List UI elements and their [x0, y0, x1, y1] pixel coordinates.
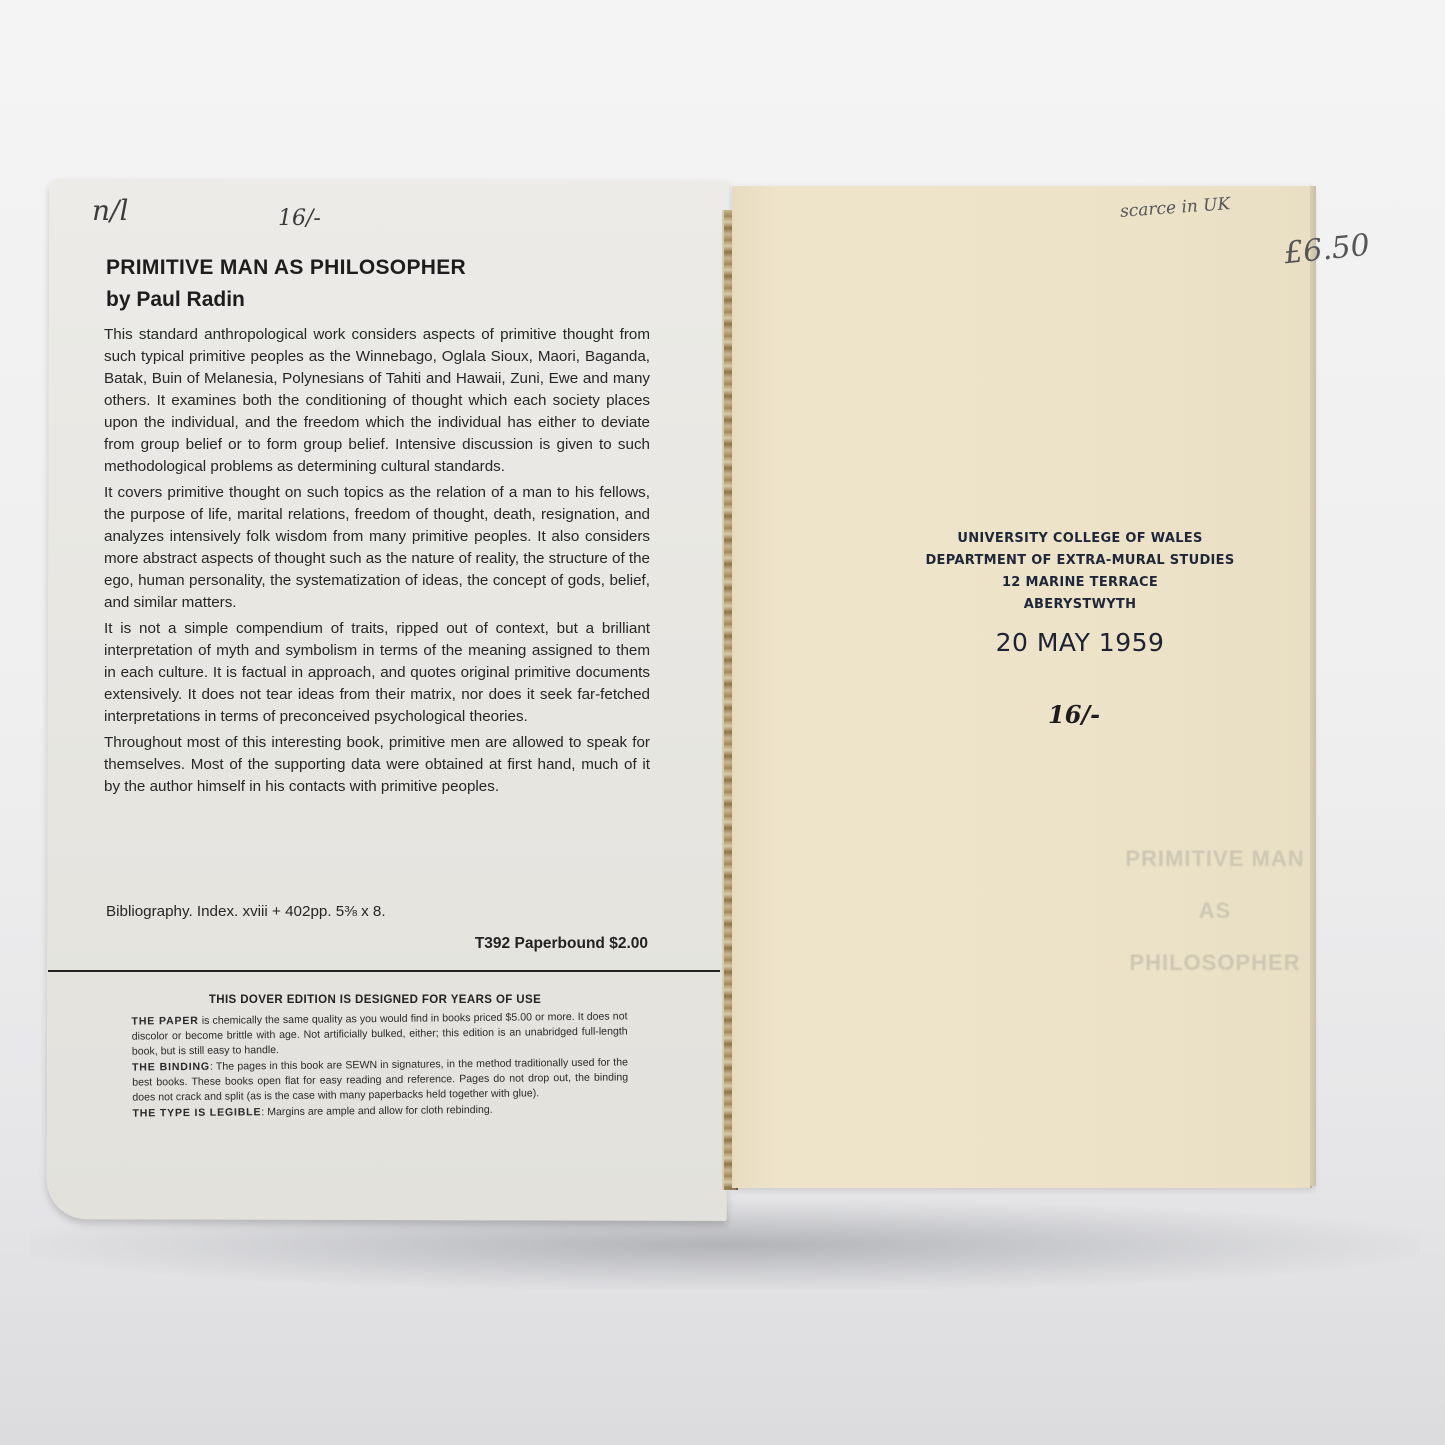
blurb-paragraph: Throughout most of this interesting book…	[104, 732, 650, 798]
dover-item-paper: THE PAPER is chemically the same quality…	[131, 1009, 627, 1059]
show-through-line: PHILOSOPHER	[1070, 937, 1360, 989]
dover-label: THE PAPER	[131, 1015, 198, 1028]
stamp-date: 20 MAY 1959	[920, 632, 1240, 654]
handwritten-price-pounds: £6.50	[1282, 228, 1371, 272]
dover-label: THE BINDING	[132, 1061, 210, 1074]
stamp-line: UNIVERSITY COLLEGE OF WALES	[920, 528, 1240, 550]
stamp-line: ABERYSTWYTH	[920, 594, 1240, 616]
book-author: by Paul Radin	[106, 288, 245, 312]
bibliography-line: Bibliography. Index. xviii + 402pp. 5⅜ x…	[106, 903, 386, 920]
show-through-line: AS	[1070, 885, 1360, 937]
dover-text: : Margins are ample and allow for cloth …	[261, 1104, 493, 1118]
stamp-line: DEPARTMENT OF EXTRA-MURAL STUDIES	[920, 550, 1240, 572]
blurb-paragraph: It is not a simple compendium of traits,…	[104, 618, 650, 728]
title-page	[732, 186, 1312, 1188]
library-stamp: UNIVERSITY COLLEGE OF WALES DEPARTMENT O…	[920, 528, 1240, 654]
book-title: PRIMITIVE MAN AS PHILOSOPHER	[106, 256, 466, 280]
handwritten-code: n/l	[92, 194, 128, 227]
blurb-text: This standard anthropological work consi…	[104, 324, 650, 802]
handwritten-price-2: 16/-	[1048, 700, 1100, 729]
stamp-line: 12 MARINE TERRACE	[920, 572, 1240, 594]
dover-label: THE TYPE IS LEGIBLE	[132, 1106, 261, 1119]
handwritten-price: 16/-	[278, 206, 321, 231]
show-through-line: PRIMITIVE MAN	[1070, 833, 1360, 885]
divider-rule	[48, 970, 720, 972]
dover-heading: THIS DOVER EDITION IS DESIGNED FOR YEARS…	[110, 994, 640, 1006]
dover-text: is chemically the same quality as you wo…	[132, 1010, 628, 1057]
dover-guarantee: THE PAPER is chemically the same quality…	[131, 1009, 628, 1122]
blurb-paragraph: This standard anthropological work consi…	[104, 324, 650, 478]
blurb-paragraph: It covers primitive thought on such topi…	[104, 482, 650, 614]
show-through-title: PRIMITIVE MAN AS PHILOSOPHER	[1070, 833, 1360, 989]
price-line: T392 Paperbound $2.00	[475, 935, 648, 953]
page-block-edge	[1310, 186, 1316, 1186]
dover-item-binding: THE BINDING: The pages in this book are …	[132, 1055, 628, 1105]
